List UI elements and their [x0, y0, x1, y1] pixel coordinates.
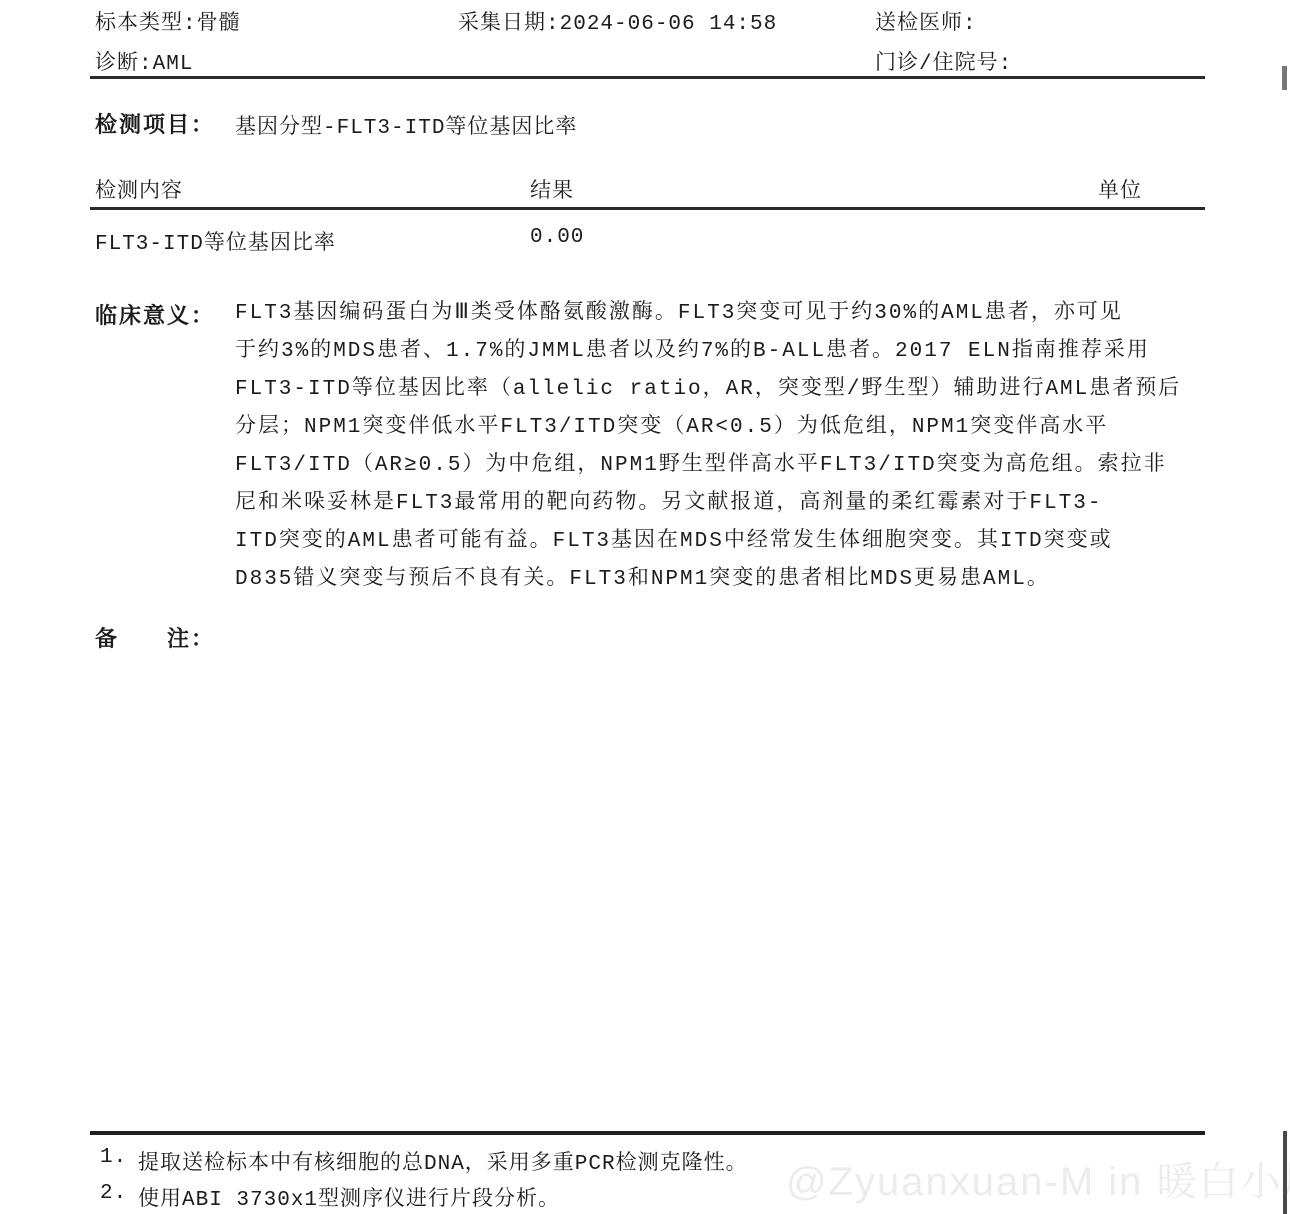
- diagnosis-field: 诊断:AML: [95, 46, 193, 76]
- field-label: 门诊/住院号:: [875, 53, 1012, 76]
- field-label: 标本类型:: [95, 13, 197, 36]
- field-label: 采集日期:: [458, 13, 560, 36]
- collection-date-field: 采集日期:2024-06-06 14:58: [458, 6, 777, 36]
- footer-note-number: 1.: [100, 1146, 138, 1176]
- column-header-result: 结果: [530, 174, 574, 204]
- field-value: 骨髓: [197, 13, 241, 36]
- clinical-text-line: ITD突变的AML患者可能有益。FLT3基因在MDS中经常发生体细胞突变。其IT…: [235, 523, 1150, 561]
- footer-note-text: 提取送检标本中有核细胞的总DNA，采用多重PCR检测克隆性。: [138, 1146, 748, 1176]
- field-label: 送检医师:: [875, 13, 977, 36]
- result-name: FLT3-ITD等位基因比率: [95, 226, 336, 256]
- specimen-type-field: 标本类型:骨髓: [95, 6, 241, 36]
- physician-field: 送检医师:: [875, 6, 977, 36]
- scan-artifact: [1283, 1131, 1287, 1214]
- footer-note: 2. 使用ABI 3730x1型测序仪进行片段分析。: [100, 1182, 1200, 1212]
- clinical-text-line: 于约3%的MDS患者、1.7%的JMML患者以及约7%的B-ALL患者。2017…: [235, 333, 1150, 371]
- clinical-text-line: FLT3-ITD等位基因比率（allelic ratio，AR，突变型/野生型）…: [235, 371, 1150, 409]
- footer-note-text: 使用ABI 3730x1型测序仪进行片段分析。: [138, 1182, 560, 1212]
- footer-separator-rule: [90, 1131, 1205, 1135]
- field-value: AML: [153, 53, 194, 76]
- field-value: 2024-06-06 14:58: [560, 13, 778, 36]
- column-header-content: 检测内容: [95, 174, 183, 204]
- clinical-significance-label: 临床意义：: [95, 299, 215, 330]
- clinical-text-line: FLT3/ITD（AR≥0.5）为中危组，NPM1野生型伴高水平FLT3/ITD…: [235, 447, 1150, 485]
- test-item-value: 基因分型-FLT3-ITD等位基因比率: [235, 110, 577, 140]
- header-separator-rule: [90, 76, 1205, 79]
- clinical-text-line: FLT3基因编码蛋白为Ⅲ类受体酪氨酸激酶。FLT3突变可见于约30%的AML患者…: [235, 295, 1150, 333]
- clinical-text-line: 尼和米哚妥林是FLT3最常用的靶向药物。另文献报道，高剂量的柔红霉素对于FLT3…: [235, 485, 1150, 523]
- footer-note-number: 2.: [100, 1182, 138, 1212]
- field-label: 诊断:: [95, 53, 153, 76]
- test-item-label: 检测项目：: [95, 108, 215, 139]
- table-header-rule: [90, 207, 1205, 210]
- footer-note: 1. 提取送检标本中有核细胞的总DNA，采用多重PCR检测克隆性。: [100, 1146, 1200, 1176]
- clinical-text-line: D835错义突变与预后不良有关。FLT3和NPM1突变的患者相比MDS更易患AM…: [235, 561, 1150, 599]
- visit-number-field: 门诊/住院号:: [875, 46, 1012, 76]
- remark-label: 备 注：: [95, 622, 215, 653]
- clinical-text-line: 分层；NPM1突变伴低水平FLT3/ITD突变（AR<0.5）为低危组，NPM1…: [235, 409, 1150, 447]
- clinical-significance-text: FLT3基因编码蛋白为Ⅲ类受体酪氨酸激酶。FLT3突变可见于约30%的AML患者…: [235, 295, 1150, 599]
- lab-report-page: 标本类型:骨髓 采集日期:2024-06-06 14:58 送检医师: 诊断:A…: [0, 0, 1290, 1214]
- scan-artifact: [1282, 66, 1287, 90]
- result-value: 0.00: [530, 226, 584, 249]
- column-header-unit: 单位: [1098, 174, 1142, 204]
